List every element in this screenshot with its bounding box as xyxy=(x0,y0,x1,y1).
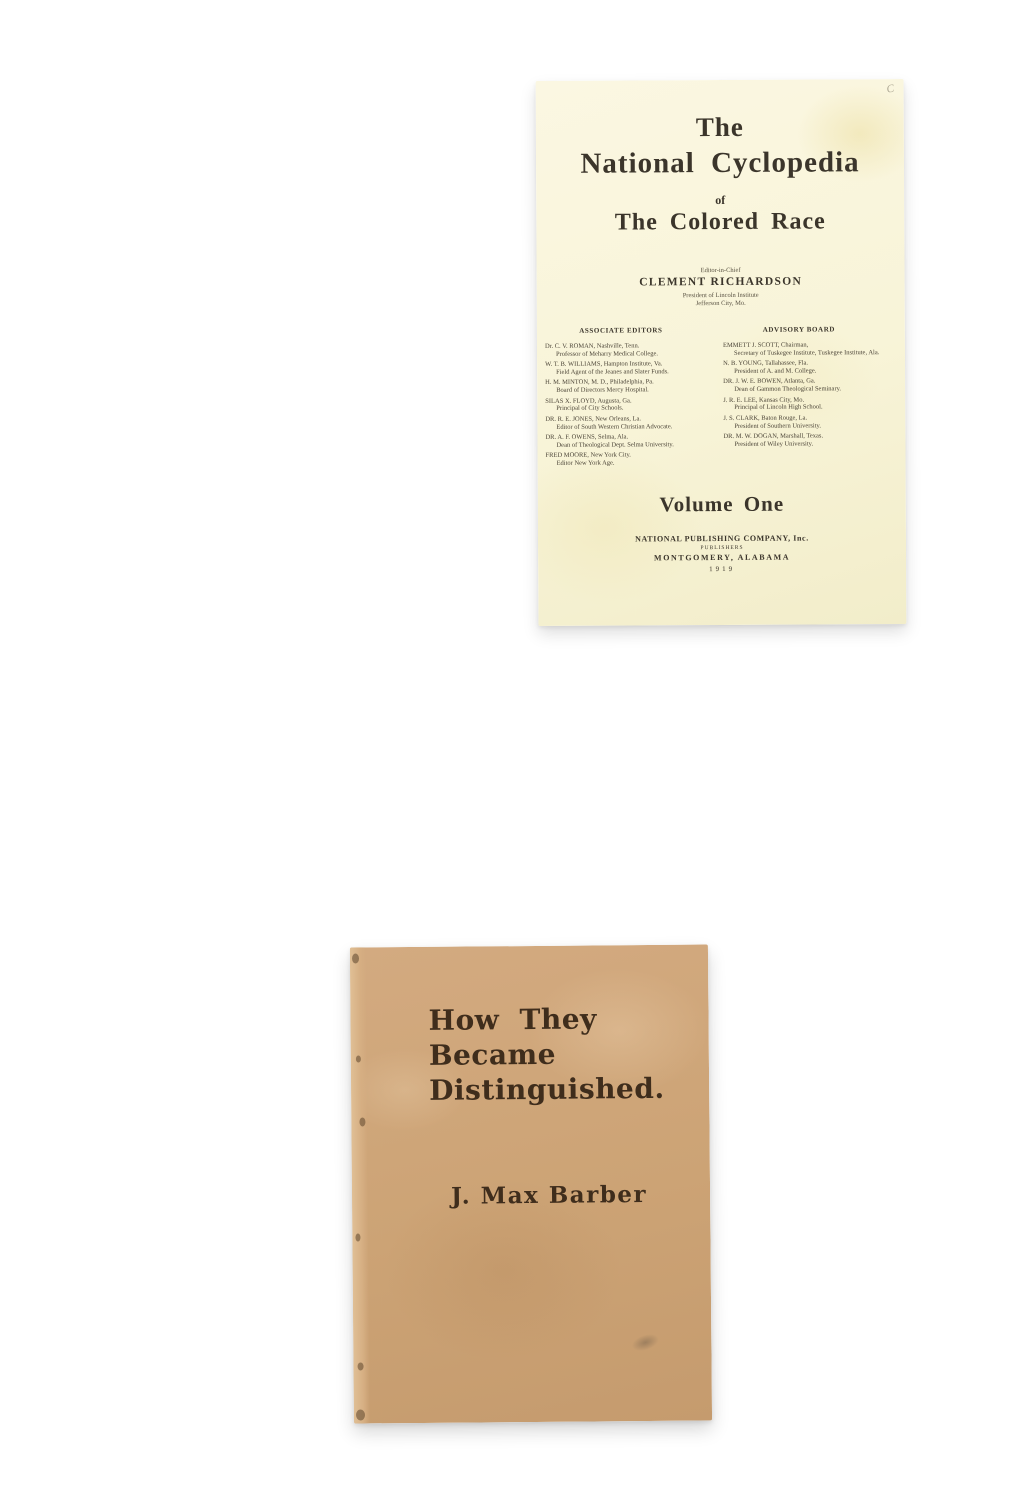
volume-label: Volume One xyxy=(538,491,906,518)
associate-editors-heading: ASSOCIATE EDITORS xyxy=(545,326,697,335)
wear-mark xyxy=(355,1233,360,1241)
publisher-name: NATIONAL PUBLISHING COMPANY, Inc. xyxy=(538,533,906,544)
editor-entry-role: Field Agent of the Jeanes and Slater Fun… xyxy=(545,368,717,377)
editor-in-chief-heading: Editor-in-Chief xyxy=(537,266,905,275)
editor-entry-role: Professor of Meharry Medical College. xyxy=(545,350,717,359)
editor-entry: DR. R. E. JONES, New Orleans, La.Editor … xyxy=(545,415,717,431)
editor-in-chief-name: CLEMENT RICHARDSON xyxy=(537,275,905,289)
editor-entry-role: President of Wiley University. xyxy=(723,440,899,449)
editor-entry: W. T. B. WILLIAMS, Hampton Institute, Va… xyxy=(545,360,717,376)
associate-editors-list: Dr. C. V. ROMAN, Nashville, Tenn.Profess… xyxy=(545,342,718,468)
editor-entry: SILAS X. FLOYD, Augusta, Ga.Principal of… xyxy=(545,397,717,413)
pencil-mark: C xyxy=(885,83,894,96)
cover-title: How They Became Distinguished. xyxy=(428,1001,664,1108)
publication-year: 1919 xyxy=(538,564,906,574)
editor-entry: Dr. C. V. ROMAN, Nashville, Tenn.Profess… xyxy=(545,342,717,358)
wear-mark xyxy=(356,1055,361,1062)
editor-in-chief-location: Jefferson City, Mo. xyxy=(537,299,905,308)
associate-editors-column: ASSOCIATE EDITORS Dr. C. V. ROMAN, Nashv… xyxy=(545,326,718,470)
wear-mark xyxy=(352,953,359,963)
editor-entry: EMMETT J. SCOTT, Chairman,Secretary of T… xyxy=(723,341,899,358)
editor-entry: DR. M. W. DOGAN, Marshall, Texas.Preside… xyxy=(723,432,899,449)
cover-author: J. Max Barber xyxy=(388,1180,710,1210)
editor-entry-role: Dean of Theological Dept. Selma Universi… xyxy=(545,441,717,450)
editor-entry-role: President of A. and M. College. xyxy=(723,367,899,376)
cover-title-line-1: How They xyxy=(428,1001,664,1038)
wear-mark xyxy=(359,1117,365,1126)
wear-mark xyxy=(356,1409,365,1420)
publishers-label: PUBLISHERS xyxy=(538,544,906,552)
editor-entry-role: Principal of City Schools. xyxy=(545,404,717,413)
book-title-line-1: The xyxy=(536,111,904,144)
book-title-line-3: of xyxy=(536,192,904,209)
editor-entry-role: Dean of Gammon Theological Seminary. xyxy=(723,385,899,394)
editor-entry: FRED MOORE, New York City.Editor New Yor… xyxy=(546,451,718,467)
advisory-board-heading: ADVISORY BOARD xyxy=(723,325,875,334)
editor-entry: DR. A. F. OWENS, Selma, Ala.Dean of Theo… xyxy=(545,433,717,449)
cyclopedia-title-page: C The National Cyclopedia of The Colored… xyxy=(536,79,907,626)
catalog-photo-canvas: { "title_page": { "pencil_mark": "C", "t… xyxy=(0,0,1023,1495)
editor-entry-role: Secretary of Tuskegee Institute, Tuskege… xyxy=(723,349,899,358)
editor-entry-role: Principal of Lincoln High School. xyxy=(723,403,899,412)
editor-entry: DR. J. W. E. BOWEN, Atlanta, Ga.Dean of … xyxy=(723,377,899,394)
book-title-line-2: National Cyclopedia xyxy=(536,146,904,181)
editor-entry-role: Board of Directors Mercy Hospital. xyxy=(545,386,717,395)
cover-title-line-3: Distinguished. xyxy=(429,1071,665,1108)
worn-spine-edge xyxy=(350,947,370,1423)
editor-entry: H. M. MINTON, M. D., Philadelphia, Pa.Bo… xyxy=(545,378,717,394)
editor-entry: J. S. CLARK, Baton Rouge, La.President o… xyxy=(723,414,899,431)
editor-entry-role: President of Southern University. xyxy=(723,422,899,431)
book-title-line-4: The Colored Race xyxy=(536,208,904,237)
cover-title-line-2: Became xyxy=(429,1036,665,1073)
advisory-board-list: EMMETT J. SCOTT, Chairman,Secretary of T… xyxy=(723,341,900,448)
editor-entry-role: Editor of South Western Christian Advoca… xyxy=(545,423,717,432)
editor-entry: N. B. YOUNG, Tallahassee, Fla.President … xyxy=(723,359,899,376)
wear-mark xyxy=(358,1362,364,1370)
publisher-city: MONTGOMERY, ALABAMA xyxy=(538,552,906,563)
editors-columns: ASSOCIATE EDITORS Dr. C. V. ROMAN, Nashv… xyxy=(537,325,906,479)
smudge-mark xyxy=(630,1331,661,1354)
advisory-board-column: ADVISORY BOARD EMMETT J. SCOTT, Chairman… xyxy=(723,325,900,451)
editor-entry: J. R. E. LEE, Kansas City, Mo.Principal … xyxy=(723,396,899,413)
editor-entry-role: Editor New York Age. xyxy=(546,459,718,468)
distinguished-book-cover: How They Became Distinguished. J. Max Ba… xyxy=(350,944,712,1423)
